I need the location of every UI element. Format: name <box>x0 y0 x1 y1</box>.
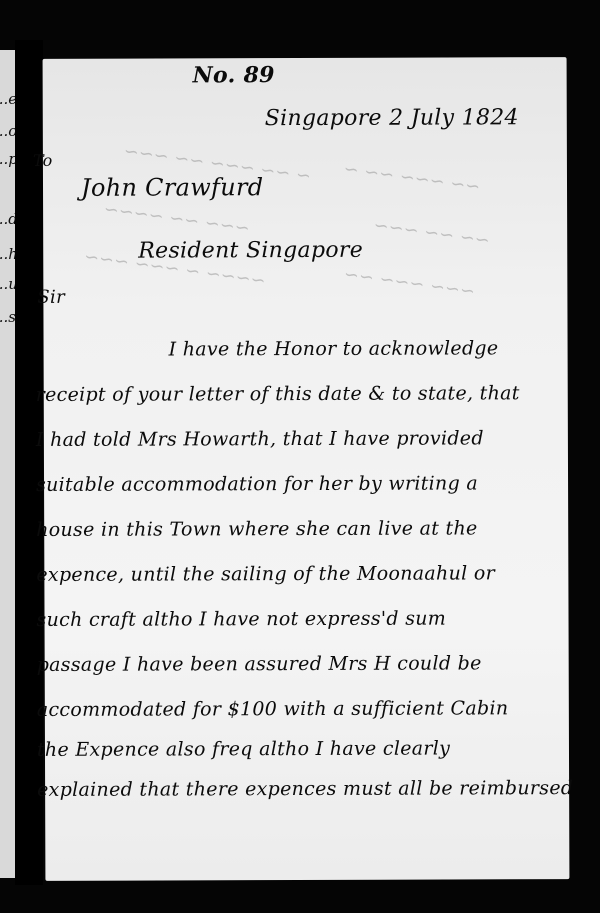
margin-fragment: ...ha <box>0 245 15 263</box>
body-line: house in this Town where she can live at… <box>36 517 477 541</box>
margin-fragment: ...de <box>0 210 15 228</box>
body-line: receipt of your letter of this date & to… <box>36 382 520 406</box>
body-line: suitable accommodation for her by writin… <box>36 472 478 496</box>
body-line: explained that there expences must all b… <box>37 777 573 801</box>
body-line: I have the Honor to acknowledge <box>169 337 499 360</box>
body-line: such craft altho I have not express'd su… <box>36 608 446 631</box>
letter-page: ~ ~~ ~~~ ~~ ~~~ ~~ ~~~ ~~ ~ ~~~ ~~ ~~~~ … <box>43 57 570 881</box>
bleed-through-text: ~~~ ~~ ~~~~ <box>102 199 251 240</box>
addressee-name: John Crawfurd <box>81 173 263 202</box>
body-line: passage I have been assured Mrs H could … <box>37 652 482 676</box>
salutation: Sir <box>37 287 65 308</box>
bleed-through-text: ~~ ~~~ ~~ ~ <box>342 158 481 198</box>
margin-fragment: ...s <box>0 308 15 326</box>
addressee-title: Resident Singapore <box>138 238 363 264</box>
dateline: Singapore 2 July 1824 <box>265 105 519 131</box>
body-line: I had told Mrs Howarth, that I have prov… <box>36 427 484 451</box>
body-line: the Expence also freq altho I have clear… <box>37 737 450 760</box>
margin-fragment: ...ppk <box>0 150 15 168</box>
salutation-prefix: To <box>33 151 53 170</box>
previous-page-edge: ...ew ...ont ...ppk ...de ...ha ...u ...… <box>0 50 15 878</box>
bleed-through-text: ~~~ ~~~ ~~ <box>343 264 477 303</box>
body-line: accommodated for $100 with a sufficient … <box>37 697 509 721</box>
margin-fragment: ...ew <box>0 90 15 108</box>
reference-number: No. 89 <box>193 62 275 88</box>
body-line: expence, until the sailing of the Moonaa… <box>36 562 495 586</box>
margin-fragment: ...ont <box>0 122 15 140</box>
margin-fragment: ...u <box>0 275 15 293</box>
bleed-through-text: ~~ ~~ ~~~ <box>372 215 491 252</box>
